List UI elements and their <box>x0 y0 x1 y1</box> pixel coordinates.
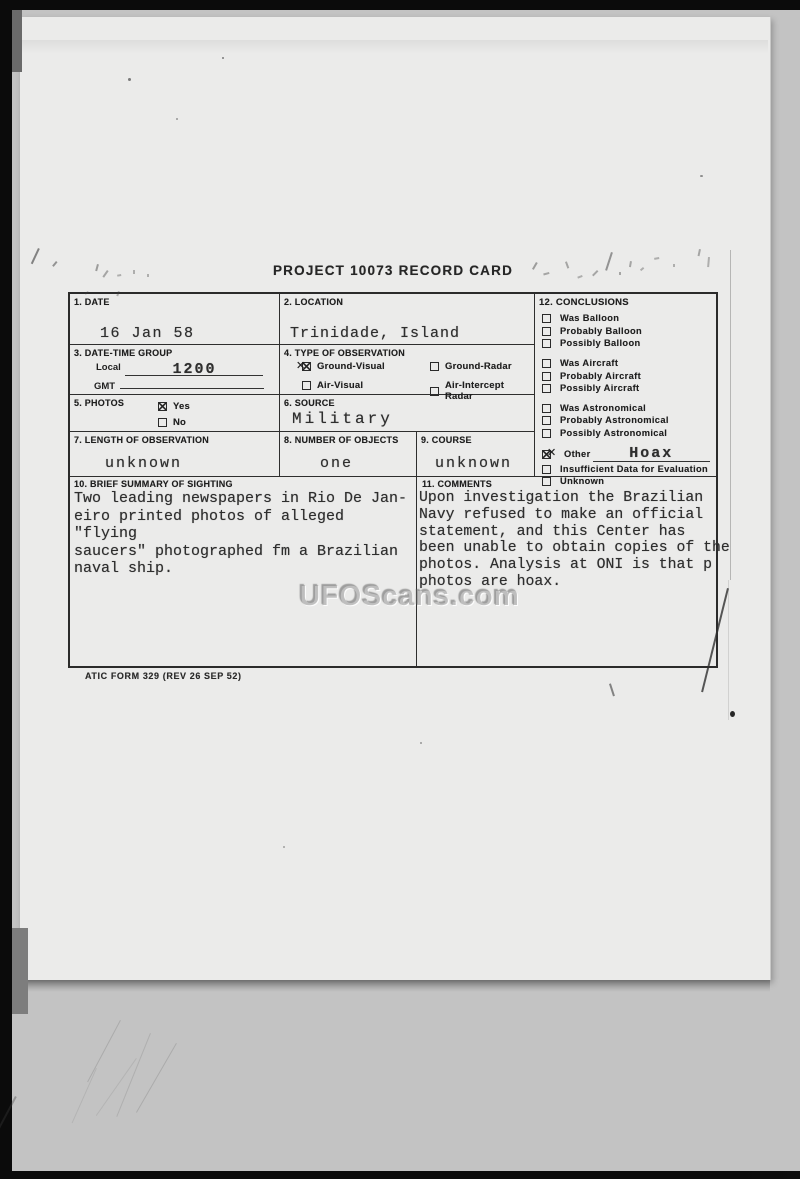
field-location-label: 2. LOCATION <box>280 294 534 307</box>
scanned-document: PROJECT 10073 RECORD CARD 1. DATE 16 Jan… <box>0 0 800 1179</box>
pencil-mark <box>133 270 135 274</box>
checkbox-icon <box>542 404 551 413</box>
conclusion-option: Was Balloon <box>542 312 712 325</box>
watermark: UFOScans.com <box>299 580 519 613</box>
checkbox-icon <box>542 327 551 336</box>
checkbox-icon <box>430 362 439 371</box>
conclusion-option: Possibly Astronomical <box>542 427 712 440</box>
field-source: 6. SOURCE Military <box>280 395 535 432</box>
field-comments-label: 11. COMMENTS <box>417 477 716 489</box>
checkbox-icon <box>542 339 551 348</box>
conclusion-option: Insufficient Data for Evaluation <box>542 462 712 475</box>
checkbox-icon <box>158 418 167 427</box>
photos-option: Yes <box>158 401 190 412</box>
page-fold-line <box>730 250 731 580</box>
field-objects-label: 8. NUMBER OF OBJECTS <box>280 432 416 445</box>
field-date-label: 1. DATE <box>70 294 279 307</box>
conclusion-option: Probably Astronomical <box>542 414 712 427</box>
pencil-mark <box>619 272 621 275</box>
field-summary-label: 10. BRIEF SUMMARY OF SIGHTING <box>70 477 416 489</box>
scan-border <box>0 1171 800 1179</box>
field-type-label: 4. TYPE OF OBSERVATION <box>280 345 534 358</box>
page-title: PROJECT 10073 RECORD CARD <box>68 263 718 278</box>
conclusion-option: Possibly Aircraft <box>542 382 712 395</box>
observation-option: Air-Visual <box>302 380 363 391</box>
conclusion-option: Probably Balloon <box>542 325 712 338</box>
field-type-of-observation: 4. TYPE OF OBSERVATION ✕ Ground-Visual A… <box>280 345 535 395</box>
conclusion-option: Probably Aircraft <box>542 369 712 382</box>
speck <box>176 118 178 120</box>
field-dtg-label: 3. DATE-TIME GROUP <box>70 345 279 358</box>
pencil-mark <box>147 274 149 277</box>
observation-option: Ground-Radar <box>430 361 512 372</box>
field-comments: 11. COMMENTS Upon investigation the Braz… <box>417 477 716 666</box>
scan-border <box>0 0 12 1179</box>
checkbox-icon <box>542 314 551 323</box>
conclusion-option: Was Aircraft <box>542 357 712 370</box>
speck <box>222 57 224 59</box>
checkbox-icon <box>542 416 551 425</box>
field-conclusions-label: 12. CONCLUSIONS <box>535 294 716 308</box>
field-date: 1. DATE 16 Jan 58 <box>70 294 280 345</box>
checkbox-icon <box>302 381 311 390</box>
field-number-of-objects: 8. NUMBER OF OBJECTS one <box>280 432 417 477</box>
conclusion-other-value: Hoax <box>629 445 673 462</box>
field-date-time-group: 3. DATE-TIME GROUP Local 1200 GMT <box>70 345 280 395</box>
speck <box>420 742 422 744</box>
speck <box>283 846 285 848</box>
field-source-value: Military <box>292 410 393 428</box>
field-brief-summary: 10. BRIEF SUMMARY OF SIGHTING Two leadin… <box>70 477 417 666</box>
edge-shadow <box>12 10 22 72</box>
field-location: 2. LOCATION Trinidade, Island <box>280 294 535 345</box>
x-mark-icon: ✕ <box>296 359 305 372</box>
checked-checkbox-icon <box>158 402 167 411</box>
checkbox-icon <box>542 429 551 438</box>
ink-dot <box>730 711 735 717</box>
x-mark-icon: ✕ <box>547 446 557 459</box>
conclusion-option: Possibly Balloon <box>542 337 712 350</box>
local-time-value: 1200 <box>172 361 216 378</box>
field-course: 9. COURSE unknown <box>417 432 535 477</box>
checkbox-icon <box>542 359 551 368</box>
conclusion-option: Was Astronomical <box>542 402 712 415</box>
field-objects-value: one <box>320 455 353 472</box>
pencil-mark <box>673 264 675 267</box>
field-photos: 5. PHOTOS Yes No <box>70 395 280 432</box>
conclusion-other: ✕ Other Hoax <box>542 446 712 462</box>
field-course-label: 9. COURSE <box>417 432 534 445</box>
checkbox-icon <box>542 465 551 474</box>
field-comments-text: Upon investigation the Brazilian Navy re… <box>419 490 749 591</box>
checkbox-icon <box>542 384 551 393</box>
scan-border <box>0 0 800 10</box>
speck <box>128 78 131 81</box>
field-length-of-observation: 7. LENGTH OF OBSERVATION unknown <box>70 432 280 477</box>
gmt-label: GMT <box>94 381 115 392</box>
checkbox-icon <box>542 372 551 381</box>
field-course-value: unknown <box>435 455 512 472</box>
photos-option: No <box>158 417 186 428</box>
paper-shade <box>22 40 768 54</box>
observation-option: ✕ Ground-Visual <box>302 361 385 372</box>
field-source-label: 6. SOURCE <box>280 395 534 408</box>
field-location-value: Trinidade, Island <box>290 325 460 342</box>
form-number: ATIC FORM 329 (REV 26 SEP 52) <box>85 671 242 681</box>
speck <box>700 175 703 177</box>
field-length-value: unknown <box>105 455 182 472</box>
edge-shadow <box>12 928 28 1014</box>
page-fold-line <box>728 580 729 720</box>
field-date-value: 16 Jan 58 <box>100 325 195 342</box>
field-length-label: 7. LENGTH OF OBSERVATION <box>70 432 279 445</box>
field-summary-text: Two leading newspapers in Rio De Jan- ei… <box>74 490 416 578</box>
local-label: Local <box>96 362 121 373</box>
paper-shadow <box>20 980 770 992</box>
field-conclusions: 12. CONCLUSIONS Was Balloon Probably Bal… <box>535 294 716 477</box>
